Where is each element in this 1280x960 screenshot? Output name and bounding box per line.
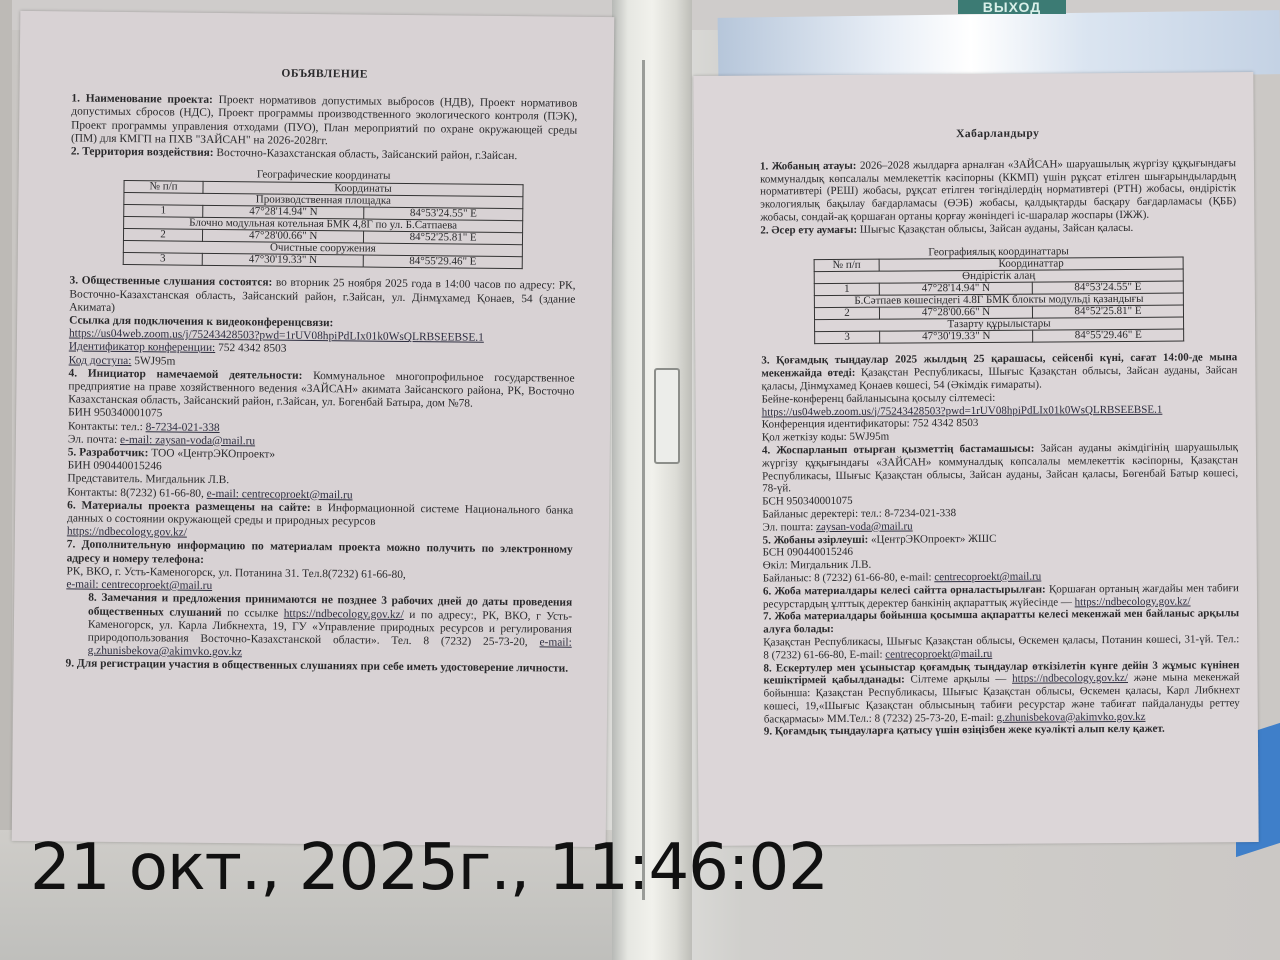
section-materials: 6. Жоба материалдары келесі сайтта орнал… [763, 582, 1239, 611]
info-email[interactable]: e-mail: centrecoproekt@mail.ru [66, 579, 212, 593]
conference-id: 752 4342 8503 [215, 342, 286, 355]
initiator-phone[interactable]: 8-7234-021-338 [146, 421, 220, 434]
section-comments: 8. Замечания и предложения принимаются н… [66, 592, 573, 663]
coordinates-table: Географические координаты № п/пКоординат… [123, 167, 524, 269]
section-initiator: 4. Инициатор намечаемой деятельности: Ко… [68, 367, 574, 412]
section-hearings: 3. Общественные слушания состоятся: во в… [69, 275, 575, 320]
photo-timestamp: 21 окт., 2025г., 11:46:02 [30, 836, 828, 900]
initiator-email[interactable]: zaysan-voda@mail.ru [816, 520, 913, 533]
door-latch [654, 368, 680, 464]
zoom-link[interactable]: https://us04web.zoom.us/j/75243428503?pw… [762, 403, 1163, 418]
notice-russian: ОБЪЯВЛЕНИЕ 1. Наименование проекта: Прое… [12, 11, 615, 847]
section-territory: 2. Әсер ету аумағы: Шығыс Қазақстан облы… [760, 221, 1236, 237]
section-project-name: 1. Жобаның атауы: 2026–2028 жылдарға арн… [760, 157, 1236, 224]
section-hearings: 3. Қоғамдық тыңдаулар 2025 жылдың 25 қар… [761, 352, 1237, 394]
video-link-label: Ссылка для подключения к видеоконференцс… [69, 314, 333, 329]
section-project-name: 1. Наименование проекта: Проект норматив… [71, 93, 578, 151]
notice-title: Хабарландыру [760, 126, 1236, 142]
info-email[interactable]: centrecoproekt@mail.ru [885, 648, 992, 661]
access-code: 5WJ95m [131, 355, 175, 367]
door-rail [642, 60, 645, 900]
exit-sign: ВЫХОД [958, 0, 1066, 14]
coordinates-table: Географиялық координаттары № п/пКоордина… [814, 244, 1185, 344]
notice-russian-body: ОБЪЯВЛЕНИЕ 1. Наименование проекта: Прое… [65, 51, 577, 676]
access-code: 5WJ95m [847, 431, 890, 443]
developer-email[interactable]: centrecoproekt@mail.ru [934, 570, 1041, 583]
ndbecology-link[interactable]: https://ndbecology.gov.kz/ [1075, 595, 1191, 608]
coords-table-kz: № п/пКоординаттар Өндірістік алаң 147°28… [814, 257, 1185, 345]
conference-id: 752 4342 8503 [910, 417, 979, 429]
notice-title: ОБЪЯВЛЕНИЕ [72, 65, 578, 84]
window-glass [718, 10, 1280, 82]
table-row: 347°30'19.33" N84°55'29.46" E [815, 329, 1184, 344]
section-initiator: 4. Жоспарланып отырған қызметтің бастама… [762, 441, 1238, 496]
comments-email[interactable]: g.zhunisbekova@akimvko.gov.kz [996, 711, 1145, 724]
section-comments: 8. Ескертулер мен ұсыныстар қоғамдық тың… [763, 659, 1239, 726]
coords-table-ru: № п/пКоординаты Производственная площадк… [123, 180, 524, 269]
notice-kazakh-body: Хабарландыру 1. Жобаның атауы: 2026–2028… [760, 120, 1240, 739]
comments-link[interactable]: https://ndbecology.gov.kz/ [1012, 672, 1128, 685]
ndbecology-link[interactable]: https://ndbecology.gov.kz/ [67, 526, 187, 539]
door-frame [612, 0, 692, 960]
developer-email[interactable]: e-mail: centrecoproekt@mail.ru [207, 488, 353, 502]
table-row: 347°30'19.33" N84°55'29.46" E [123, 253, 522, 269]
comments-link[interactable]: https://ndbecology.gov.kz/ [284, 607, 404, 620]
initiator-email[interactable]: e-mail: zaysan-voda@mail.ru [120, 434, 255, 447]
section-additional-info: 7. Жоба материалдары бойынша қосымша ақп… [763, 607, 1239, 636]
wall-edge [0, 0, 12, 960]
section-registration: 9. Қоғамдық тыңдауларға қатысу үшін өзің… [764, 723, 1240, 739]
notice-kazakh: Хабарландыру 1. Жобаның атауы: 2026–2028… [693, 72, 1258, 846]
